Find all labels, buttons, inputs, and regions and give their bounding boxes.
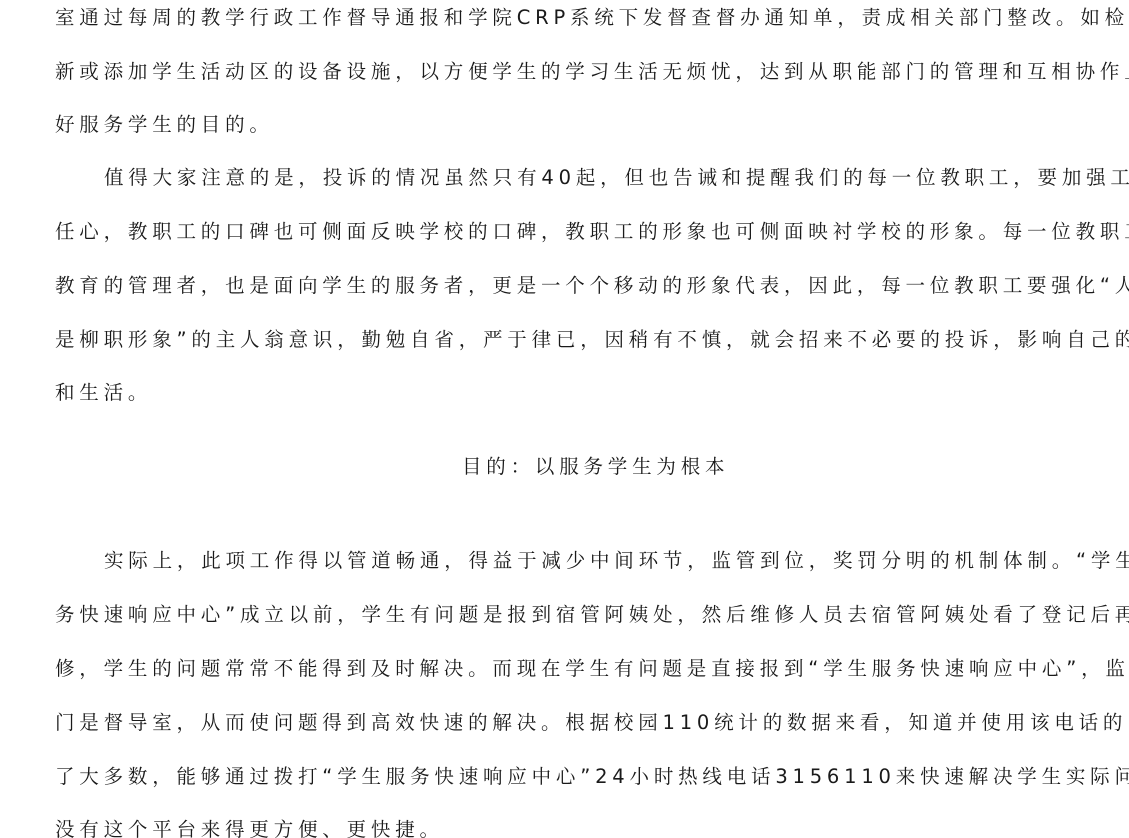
- paragraph-2-line-2: 任心，教职工的口碑也可侧面反映学校的口碑，教职工的形象也可侧面映衬学校的形象。每…: [55, 217, 1129, 247]
- section-heading: 目的：以服务学生为根本: [462, 452, 729, 482]
- paragraph-3-line-1: 实际上，此项工作得以管道畅通，得益于减少中间环节，监管到位，奖罚分明的机制体制。…: [104, 546, 1129, 576]
- paragraph-1-line-3: 好服务学生的目的。: [55, 110, 274, 140]
- paragraph-1-line-2: 新或添加学生活动区的设备设施，以方便学生的学习生活无烦忧，达到从职能部门的管理和…: [55, 57, 1129, 87]
- paragraph-2-line-5: 和生活。: [55, 378, 152, 408]
- paragraph-3-line-5: 了大多数，能够通过拨打“学生服务快速响应中心”24小时热线电话3156110来快…: [55, 762, 1129, 792]
- paragraph-2-line-4: 是柳职形象”的主人翁意识，勤勉自省，严于律已，因稍有不慎，就会招来不必要的投诉，…: [55, 325, 1129, 355]
- paragraph-3-line-2: 务快速响应中心”成立以前，学生有问题是报到宿管阿姨处，然后维修人员去宿管阿姨处看…: [55, 600, 1129, 630]
- paragraph-1-line-1: 室通过每周的教学行政工作督导通报和学院CRP系统下发督查督办通知单，责成相关部门…: [55, 3, 1129, 33]
- paragraph-2-line-1: 值得大家注意的是，投诉的情况虽然只有40起，但也告诫和提醒我们的每一位教职工，要…: [104, 163, 1129, 193]
- paragraph-2-line-3: 教育的管理者，也是面向学生的服务者，更是一个个移动的形象代表，因此，每一位教职工…: [55, 271, 1129, 301]
- paragraph-3-line-6: 没有这个平台来得更方便、更快捷。: [55, 815, 444, 838]
- paragraph-3-line-4: 门是督导室，从而使问题得到高效快速的解决。根据校园110统计的数据来看，知道并使…: [55, 708, 1129, 738]
- paragraph-3-line-3: 修，学生的问题常常不能得到及时解决。而现在学生有问题是直接报到“学生服务快速响应…: [55, 654, 1129, 684]
